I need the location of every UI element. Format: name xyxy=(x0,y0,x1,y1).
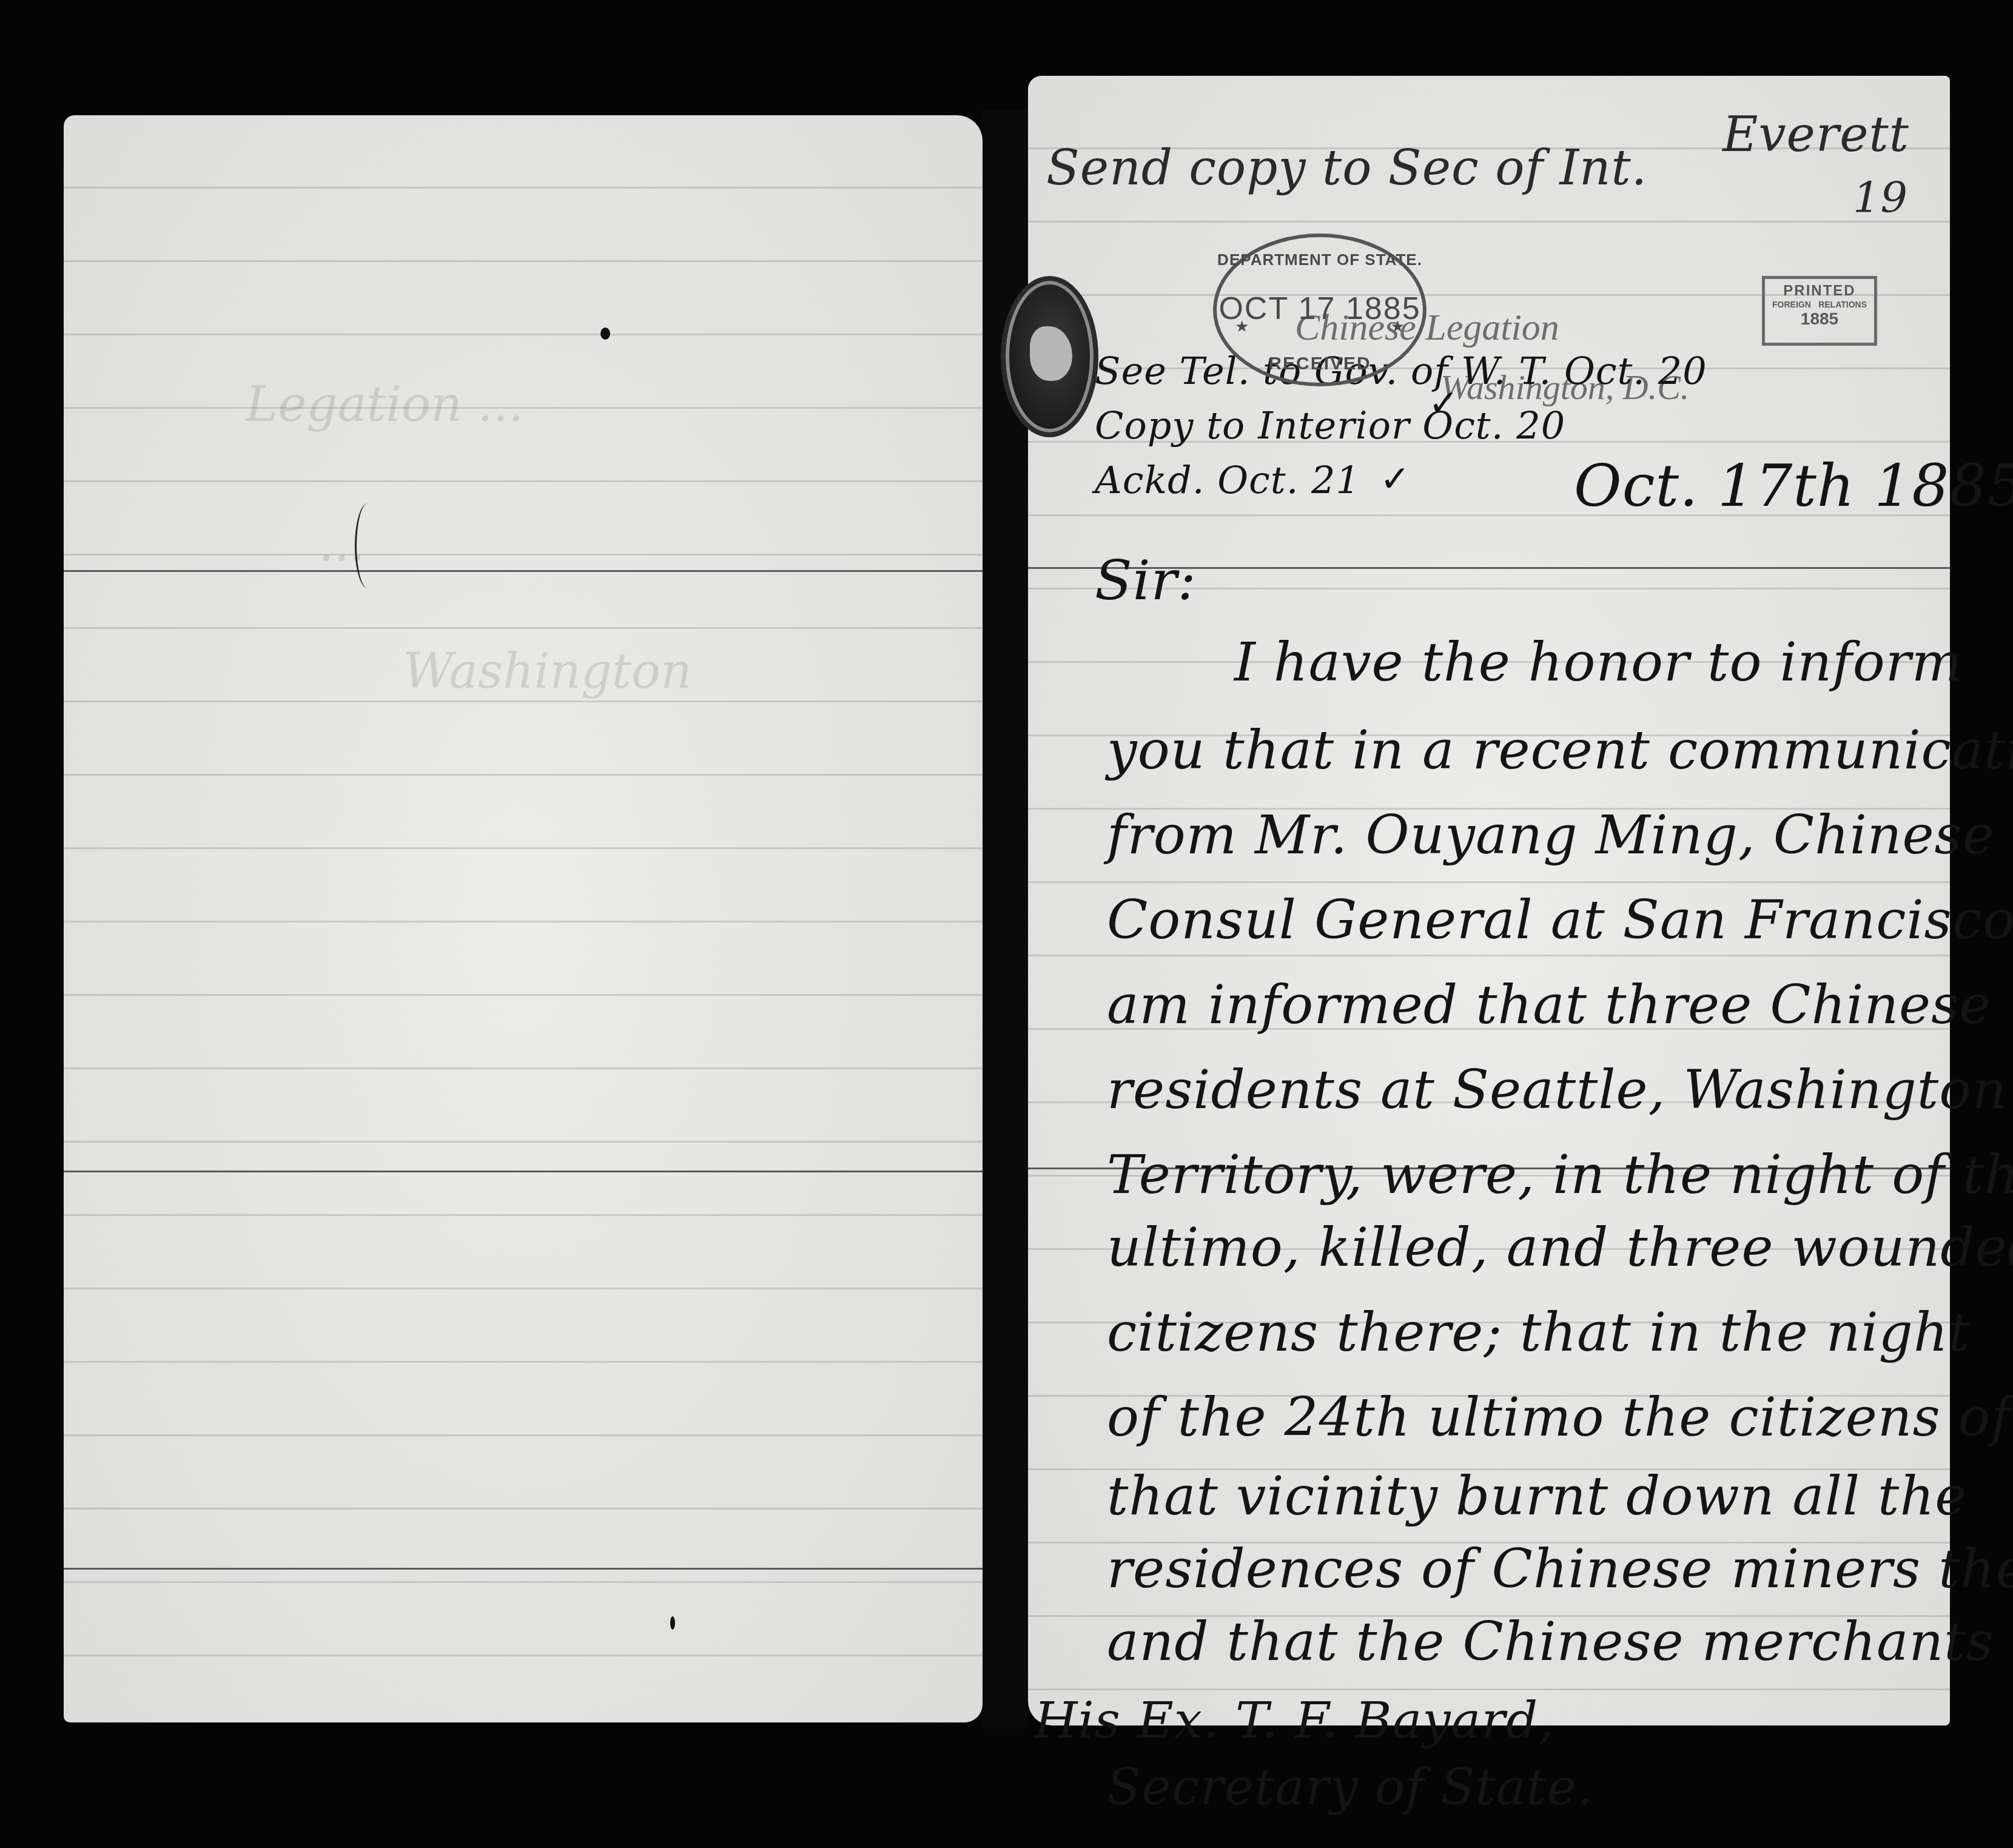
body-line: am informed that three Chinese xyxy=(1107,973,1991,1036)
body-line: residences of Chinese miners there; xyxy=(1107,1537,2013,1600)
check-mark-icon: ✓ xyxy=(1428,382,1459,425)
chinese-legation-seal-icon xyxy=(1001,276,1098,437)
received-stamp: DEPARTMENT OF STATE. OCT 17 1885 ★ ★ REC… xyxy=(1213,234,1427,386)
margin-note: Ackd. Oct. 21 xyxy=(1095,458,1360,502)
left-page-blank: Legation ... ... Washington xyxy=(64,115,983,1722)
bleed-through-text: Washington xyxy=(403,643,692,699)
body-line: that vicinity burnt down all the xyxy=(1107,1465,1967,1527)
ruled-line xyxy=(64,1171,983,1172)
body-line: residents at Seattle, Washington xyxy=(1107,1058,2007,1121)
ruled-line xyxy=(64,570,983,572)
body-line: Territory, were, in the night of the 7th xyxy=(1107,1143,2013,1206)
stamp-department: DEPARTMENT OF STATE. xyxy=(1217,250,1423,269)
salutation: Sir: xyxy=(1095,549,1197,613)
addressee-name: His Ex. T. F. Bayard, xyxy=(1034,1692,1554,1750)
body-line: citizens there; that in the night xyxy=(1107,1301,1971,1363)
printed-stamp: PRINTED FOREIGN RELATIONS 1885 xyxy=(1762,276,1877,346)
ink-spot xyxy=(670,1616,675,1630)
star-icon: ★ xyxy=(1391,317,1405,336)
printed-relations: RELATIONS xyxy=(1818,300,1867,309)
annotation-send-copy: Send copy to Sec of Int. xyxy=(1046,139,1647,196)
stamp-received: RECEIVED xyxy=(1217,354,1423,374)
body-line: from Mr. Ouyang Ming, Chinese xyxy=(1107,804,1995,866)
printed-subtitle: FOREIGN RELATIONS xyxy=(1765,300,1874,309)
body-line: I have the honor to inform xyxy=(1234,631,1963,693)
body-line: of the 24th ultimo the citizens of xyxy=(1107,1386,2011,1448)
bleed-through-text: Legation ... xyxy=(246,376,524,432)
annotation-name: Everett xyxy=(1722,106,1909,163)
ink-spot xyxy=(600,328,610,340)
addressee-title: Secretary of State. xyxy=(1107,1759,1593,1816)
paper-crack xyxy=(355,503,381,588)
dragon-emblem-icon xyxy=(1030,326,1072,381)
margin-note: Copy to Interior Oct. 20 xyxy=(1095,403,1565,448)
body-line: Consul General at San Francisco, I xyxy=(1107,889,2013,951)
body-line: and that the Chinese merchants in xyxy=(1107,1610,2013,1673)
body-line: ultimo, killed, and three wounded, by xyxy=(1107,1216,2013,1278)
annotation-number: 19 xyxy=(1853,173,1908,223)
body-line: you that in a recent communication xyxy=(1107,719,2013,781)
printed-year: 1885 xyxy=(1765,309,1874,329)
printed-label: PRINTED xyxy=(1765,283,1874,300)
star-icon: ★ xyxy=(1235,317,1249,336)
ruled-line xyxy=(64,1568,983,1570)
letter-date: Oct. 17th 1885. xyxy=(1574,452,2013,520)
printed-foreign: FOREIGN xyxy=(1772,300,1811,309)
check-mark-icon: ✓ xyxy=(1380,458,1410,500)
